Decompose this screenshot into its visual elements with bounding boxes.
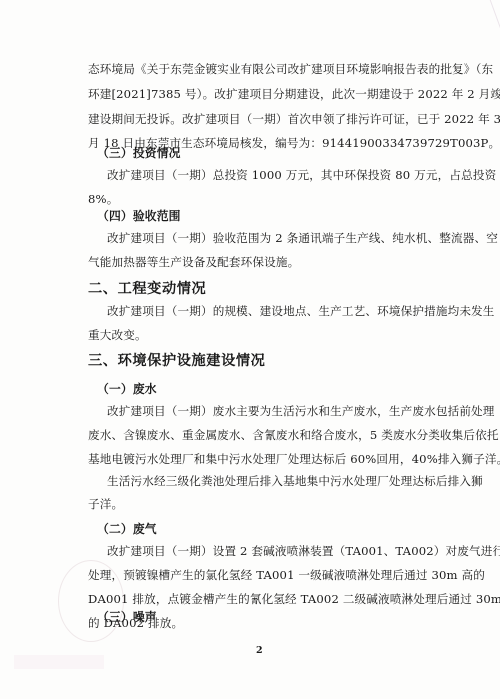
body-line: 建设期间无投诉。改扩建项目（一期）首次申领了排污许可证，已于 2022 年 3	[88, 112, 500, 126]
body-line: 气能加热器等生产设备及配套环保设施。	[88, 255, 299, 269]
body-line: 子洋。	[88, 497, 123, 511]
body-line: 改扩建项目（一期）总投资 1000 万元，其中环保投资 80 万元，占总投资	[107, 168, 496, 182]
body-line: 环建[2021]7385 号）。改扩建项目分期建设，此次一期建设于 2022 年…	[88, 87, 500, 101]
chapter-heading-env-facilities: 三、环境保护设施建设情况	[88, 353, 265, 370]
body-line: 改扩建项目（一期）验收范围为 2 条通讯端子生产线、纯水机、整流器、空	[107, 231, 498, 245]
section-heading-acceptance-scope: （四）验收范围	[97, 209, 181, 223]
scan-edge-mark	[470, 0, 500, 40]
faint-seal-stamp	[58, 560, 124, 642]
body-line: 改扩建项目（一期）的规模、建设地点、生产工艺、环境保护措施均未发生	[107, 304, 495, 318]
body-line: 8%。	[88, 192, 118, 206]
page-number: 2	[256, 645, 263, 656]
document-page: 态环境局《关于东莞金镀实业有限公司改扩建项目环境影响报告表的批复》（东 环建[2…	[0, 0, 500, 699]
body-line: DA001 排放，点镀金槽产生的氰化氢经 TA002 二级碱液喷淋处理后通过 3…	[88, 592, 500, 606]
section-heading-waste-gas: （二）废气	[97, 522, 157, 536]
section-heading-investment: （三）投资情况	[97, 146, 181, 160]
body-line: 生活污水经三级化粪池处理后排入基地集中污水处理厂处理达标后排入狮	[107, 474, 483, 488]
chapter-heading-changes: 二、工程变动情况	[88, 281, 206, 298]
scan-smudge	[14, 655, 104, 669]
body-line: 废水、含镍废水、重金属废水、含氰废水和络合废水，5 类废水分类收集后依托	[88, 428, 499, 442]
body-line: 改扩建项目（一期）废水主要为生活污水和生产废水，生产废水包括前处理	[107, 404, 495, 418]
section-heading-wastewater: （一）废水	[97, 382, 157, 396]
body-line: 改扩建项目（一期）设置 2 套碱液喷淋装置（TA001、TA002）对废气进行	[107, 544, 500, 558]
body-line: 态环境局《关于东莞金镀实业有限公司改扩建项目环境影响报告表的批复》（东	[88, 62, 493, 76]
body-line: 重大改变。	[88, 328, 147, 342]
body-line: 处理，预镀镍槽产生的氯化氢经 TA001 一级碱液喷淋处理后通过 30m 高的	[88, 568, 485, 582]
body-line: 基地电镀污水处理厂和集中污水处理厂处理达标后 60%回用，40%排入狮子洋。	[88, 452, 500, 466]
